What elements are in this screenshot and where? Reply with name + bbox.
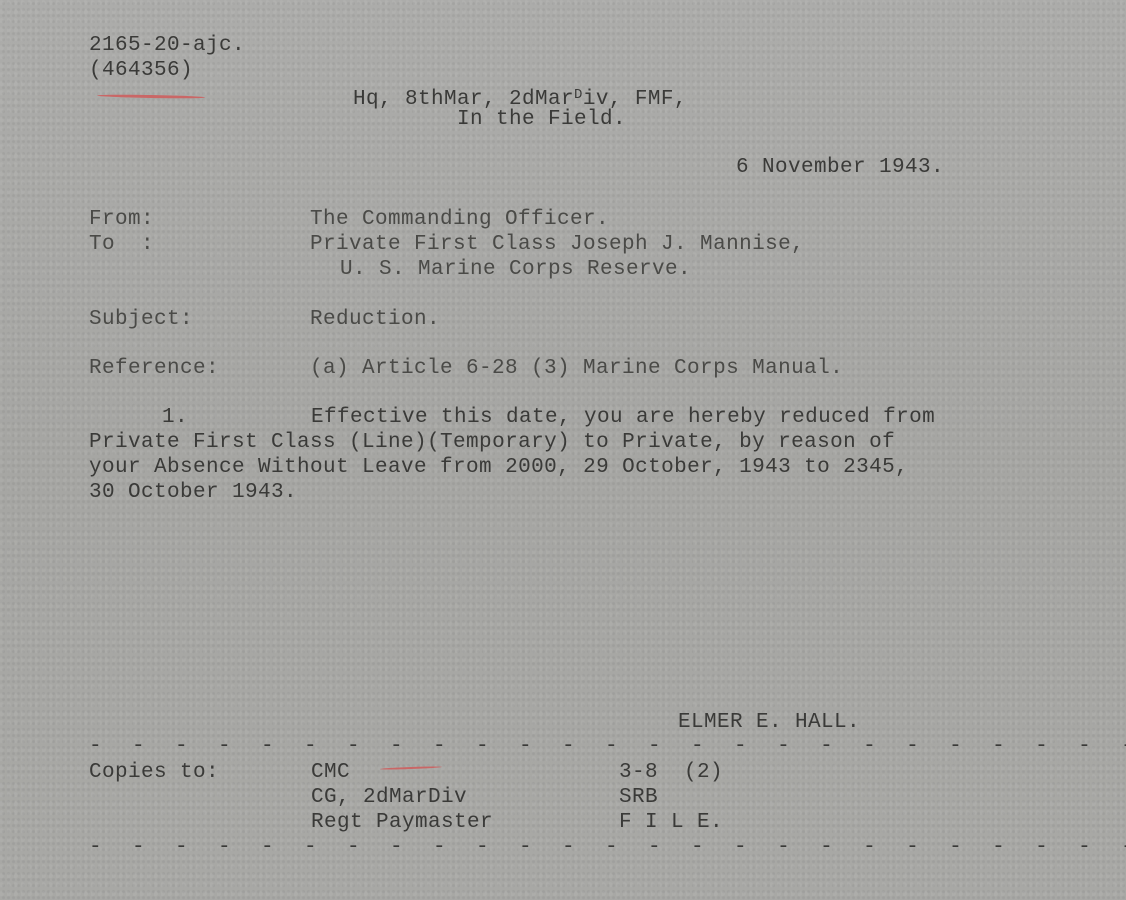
red-pencil-check <box>380 766 442 770</box>
signature: ELMER E. HALL. <box>678 710 860 735</box>
from-value: The Commanding Officer. <box>310 207 609 232</box>
location: In the Field. <box>457 107 626 132</box>
file-number: 2165-20-ajc. <box>89 33 245 58</box>
letter-date: 6 November 1943. <box>736 155 944 180</box>
unit-heading-superscript: D <box>574 87 583 103</box>
service-number: (464356) <box>89 58 193 83</box>
from-label: From: <box>89 207 154 232</box>
red-pencil-underline <box>97 94 205 99</box>
typewritten-letter: 2165-20-ajc. (464356) Hq, 8thMar, 2dMarD… <box>0 0 1126 900</box>
divider-top: - - - - - - - - - - - - - - - - - - - - … <box>89 737 1126 757</box>
subject-label: Subject: <box>89 307 193 332</box>
paragraph-number: 1. <box>162 405 188 430</box>
copy-recipient: 3-8 (2) <box>619 760 723 785</box>
copy-recipient: Regt Paymaster <box>311 810 493 835</box>
reference-label: Reference: <box>89 356 219 381</box>
to-label: To : <box>89 232 154 257</box>
subject-value: Reduction. <box>310 307 440 332</box>
to-value-line2: U. S. Marine Corps Reserve. <box>340 257 691 282</box>
copies-label: Copies to: <box>89 760 219 785</box>
body-line-1: Effective this date, you are hereby redu… <box>311 405 935 430</box>
body-line-4: 30 October 1943. <box>89 480 297 505</box>
copy-recipient: F I L E. <box>619 810 723 835</box>
divider-bottom: - - - - - - - - - - - - - - - - - - - - … <box>89 838 1126 858</box>
copy-recipient: CG, 2dMarDiv <box>311 785 467 810</box>
copy-recipient: SRB <box>619 785 658 810</box>
copy-recipient: CMC <box>311 760 350 785</box>
body-line-2: Private First Class (Line)(Temporary) to… <box>89 430 895 455</box>
to-value-line1: Private First Class Joseph J. Mannise, <box>310 232 804 257</box>
reference-value: (a) Article 6-28 (3) Marine Corps Manual… <box>310 356 843 381</box>
body-line-3: your Absence Without Leave from 2000, 29… <box>89 455 908 480</box>
